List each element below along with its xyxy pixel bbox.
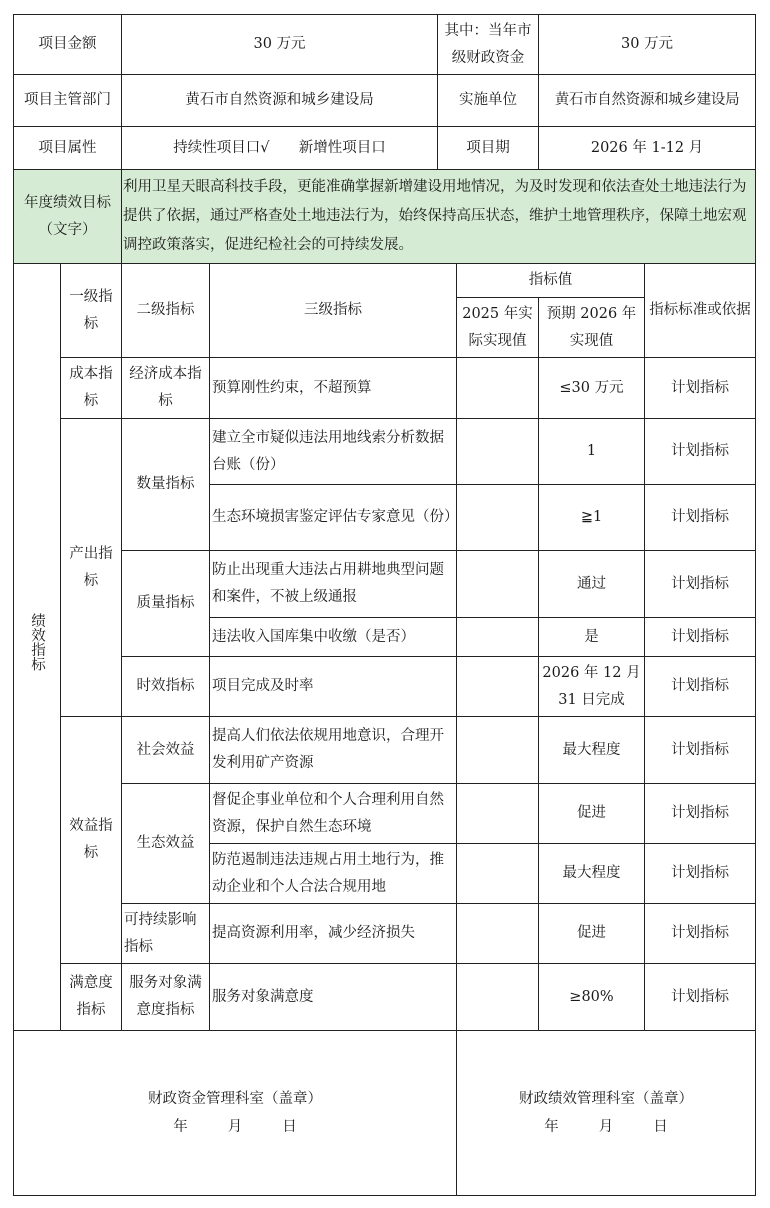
table-row: 质量指标 防止出现重大违法占用耕地典型问题和案件，不被上级通报 通过 计划指标 <box>14 551 756 618</box>
period-value: 2026 年 1-12 月 <box>539 127 756 170</box>
impl-unit-label: 实施单位 <box>438 75 539 127</box>
header-level2: 二级指标 <box>122 264 210 358</box>
level2: 数量指标 <box>122 419 210 551</box>
expected: 最大程度 <box>539 844 645 904</box>
level2: 质量指标 <box>122 551 210 657</box>
level3: 提高资源利用率，减少经济损失 <box>210 904 457 964</box>
expected: ≥80% <box>539 964 645 1031</box>
actual <box>457 618 539 657</box>
signature-left: 财政资金管理科室（盖章） 年月日 <box>14 1031 457 1196</box>
basis: 计划指标 <box>645 657 756 717</box>
basis: 计划指标 <box>645 485 756 551</box>
basis: 计划指标 <box>645 904 756 964</box>
actual <box>457 485 539 551</box>
basis: 计划指标 <box>645 844 756 904</box>
signature-left-title: 财政资金管理科室（盖章） <box>16 1085 454 1113</box>
table-row: 生态效益 督促企事业单位和个人合理利用自然资源，保护自然生态环境 促进 计划指标 <box>14 784 756 844</box>
expected: ≤30 万元 <box>539 358 645 419</box>
header-level3: 三级指标 <box>210 264 457 358</box>
signature-table: 财政资金管理科室（盖章） 年月日 财政绩效管理科室（盖章） 年月日 <box>13 1030 756 1196</box>
level2: 时效指标 <box>122 657 210 717</box>
basis: 计划指标 <box>645 358 756 419</box>
header-value-group: 指标值 <box>457 264 645 298</box>
expected: 2026 年 12 月 31 日完成 <box>539 657 645 717</box>
header-level1: 一级指标 <box>61 264 122 358</box>
basis: 计划指标 <box>645 419 756 485</box>
expected: 是 <box>539 618 645 657</box>
expected: 最大程度 <box>539 717 645 784</box>
attr-value: 持续性项目口√ 新增性项目口 <box>122 127 438 170</box>
level1-benefit: 效益指标 <box>61 717 122 964</box>
level3: 生态环境损害鉴定评估专家意见（份） <box>210 485 457 551</box>
city-fund-label: 其中：当年市级财政资金 <box>438 15 539 75</box>
level3: 防范遏制违法违规占用土地行为，推动企业和个人合法合规用地 <box>210 844 457 904</box>
level2: 社会效益 <box>122 717 210 784</box>
goal-label: 年度绩效目标（文字） <box>14 170 122 264</box>
actual <box>457 784 539 844</box>
level1-output: 产出指标 <box>61 419 122 717</box>
table-row: 成本指标 经济成本指标 预算刚性约束，不超预算 ≤30 万元 计划指标 <box>14 358 756 419</box>
basis: 计划指标 <box>645 618 756 657</box>
signature-right-title: 财政绩效管理科室（盖章） <box>459 1085 753 1113</box>
level3: 项目完成及时率 <box>210 657 457 717</box>
project-amount-value: 30 万元 <box>122 15 438 75</box>
section-label: 绩效指标 <box>14 264 61 1031</box>
level1-cost: 成本指标 <box>61 358 122 419</box>
project-amount-label: 项目金额 <box>14 15 122 75</box>
level3: 防止出现重大违法占用耕地典型问题和案件，不被上级通报 <box>210 551 457 618</box>
level3: 提高人们依法依规用地意识，合理开发利用矿产资源 <box>210 717 457 784</box>
dept-label: 项目主管部门 <box>14 75 122 127</box>
attr-label: 项目属性 <box>14 127 122 170</box>
basis: 计划指标 <box>645 784 756 844</box>
period-label: 项目期 <box>438 127 539 170</box>
header-basis: 指标标准或依据 <box>645 264 756 358</box>
level3: 预算刚性约束，不超预算 <box>210 358 457 419</box>
table-row: 产出指标 数量指标 建立全市疑似违法用地线索分析数据台账（份） 1 计划指标 <box>14 419 756 485</box>
actual <box>457 717 539 784</box>
city-fund-value: 30 万元 <box>539 15 756 75</box>
level3: 建立全市疑似违法用地线索分析数据台账（份） <box>210 419 457 485</box>
table-row: 可持续影响指标 提高资源利用率，减少经济损失 促进 计划指标 <box>14 904 756 964</box>
signature-right: 财政绩效管理科室（盖章） 年月日 <box>457 1031 756 1196</box>
table-row: 效益指标 社会效益 提高人们依法依规用地意识，合理开发利用矿产资源 最大程度 计… <box>14 717 756 784</box>
level2: 经济成本指标 <box>122 358 210 419</box>
actual <box>457 964 539 1031</box>
level1-satisfaction: 满意度指标 <box>61 964 122 1031</box>
level2: 生态效益 <box>122 784 210 904</box>
header-actual-2025: 2025 年实际实现值 <box>457 298 539 358</box>
basis: 计划指标 <box>645 551 756 618</box>
actual <box>457 904 539 964</box>
level2: 服务对象满意度指标 <box>122 964 210 1031</box>
actual <box>457 358 539 419</box>
impl-unit-value: 黄石市自然资源和城乡建设局 <box>539 75 756 127</box>
attr-continuing: 持续性项目口√ <box>173 140 269 156</box>
expected: 通过 <box>539 551 645 618</box>
basis: 计划指标 <box>645 964 756 1031</box>
actual <box>457 844 539 904</box>
level3: 违法收入国库集中收缴（是否） <box>210 618 457 657</box>
basis: 计划指标 <box>645 717 756 784</box>
level2: 可持续影响指标 <box>122 904 210 964</box>
table-row: 满意度指标 服务对象满意度指标 服务对象满意度 ≥80% 计划指标 <box>14 964 756 1031</box>
expected: 1 <box>539 419 645 485</box>
table-row: 时效指标 项目完成及时率 2026 年 12 月 31 日完成 计划指标 <box>14 657 756 717</box>
header-expected-2026: 预期 2026 年实现值 <box>539 298 645 358</box>
indicator-table: 绩效指标 一级指标 二级指标 三级指标 指标值 指标标准或依据 2025 年实际… <box>13 263 756 1031</box>
expected: 促进 <box>539 784 645 844</box>
dept-value: 黄石市自然资源和城乡建设局 <box>122 75 438 127</box>
actual <box>457 551 539 618</box>
goal-text: 利用卫星天眼高科技手段，更能准确掌握新增建设用地情况，为及时发现和依法查处土地违… <box>122 170 756 264</box>
attr-new: 新增性项目口 <box>299 140 386 156</box>
actual <box>457 419 539 485</box>
project-info-table: 项目金额 30 万元 其中：当年市级财政资金 30 万元 项目主管部门 黄石市自… <box>13 14 756 264</box>
level3: 服务对象满意度 <box>210 964 457 1031</box>
expected: 促进 <box>539 904 645 964</box>
signature-right-date: 年月日 <box>459 1113 753 1141</box>
level3: 督促企事业单位和个人合理利用自然资源，保护自然生态环境 <box>210 784 457 844</box>
actual <box>457 657 539 717</box>
signature-left-date: 年月日 <box>16 1113 454 1141</box>
expected: ≧1 <box>539 485 645 551</box>
